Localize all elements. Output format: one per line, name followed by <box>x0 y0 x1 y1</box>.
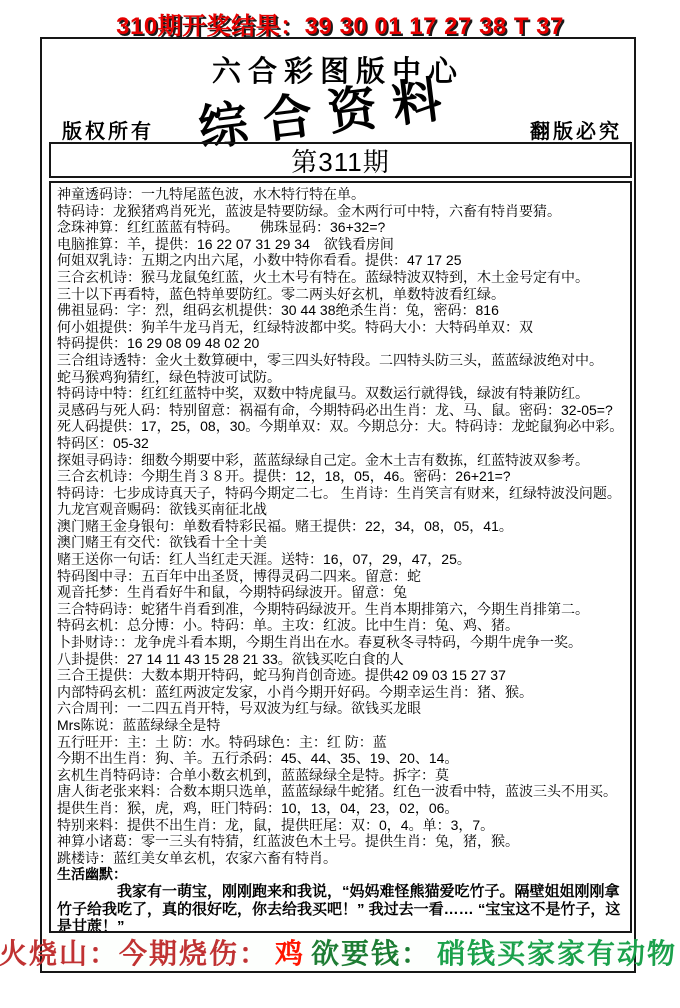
tip-line: 三十以下再看特，蓝色特单要防红。零二两头好玄机，单数特波看红绿。 <box>57 286 624 303</box>
tip-line: 澳门赌王有交代：欲钱看十全十美 <box>57 534 624 551</box>
tip-line: 今期不出生肖：狗、羊。五行杀码：45、44、35、19、20、14。 <box>57 750 624 767</box>
tip-line: 唐人街老张来料：合数本期只选单，蓝蓝绿绿牛蛇猪。红色一波看中特，蓝波三头不用买。 <box>57 783 624 800</box>
tip-line: 跳楼诗：蓝红美女单玄机，农家六畜有特肖。 <box>57 850 624 867</box>
humor-text: 我家有一萌宝，刚刚跑来和我说，“妈妈难怪熊猫爱吃竹子。隔壁姐姐刚刚拿竹子给我吃了… <box>57 883 624 933</box>
tip-line: 特码诗中特：红红红蓝特中奖，双数中特虎鼠马。双数运行就得钱，绿波有特兼防红。 <box>57 385 624 402</box>
tip-line: 特码诗：龙猴猪鸡肖死光，蓝波是特要防绿。金木两行可中特，六畜有特肖要猜。 <box>57 203 624 220</box>
tip-line: 念珠神算：红红蓝蓝有特码。 佛珠显码：36+32=? <box>57 219 624 236</box>
tip-line: 三合组诗透特：金火土数算硬中，零三四头好特段。二四特头防三头，蓝蓝绿波绝对中。 <box>57 352 624 369</box>
tip-line: 何小姐提供：狗羊牛龙马肖无，红绿特波都中奖。特码大小：大特码单双：双 <box>57 319 624 336</box>
tip-line: 特码图中寻：五百年中出圣贤，博得灵码二四来。留意：蛇 <box>57 568 624 585</box>
tips-list: 神童透码诗：一九特尾蓝色波，水木特行特在单。特码诗：龙猴猪鸡肖死光，蓝波是特要防… <box>57 186 624 866</box>
tip-line: 三合特码诗：蛇猪牛肖看到准，今期特码绿波开。生肖本期排第六，今期生肖排第二。 <box>57 601 624 618</box>
tip-line: 六合周刊：一二四五肖开特，号双波为红与绿。欲钱买龙眼 <box>57 700 624 717</box>
tip-line: 五行旺开：主：土 防：水。特码球色：主：红 防：蓝 <box>57 734 624 751</box>
sheet-frame: 六合彩图版中心 综合资料 版权所有 翻版必究 第311期 神童透码诗：一九特尾蓝… <box>40 37 636 973</box>
issue-title: 第311期 <box>291 142 389 179</box>
tip-line: 提供生肖：猴，虎，鸡，旺门特码：10，13，04，23，02，06。 <box>57 800 624 817</box>
tip-line: 蛇马猴鸡狗猜红，绿色特波可试防。 <box>57 369 624 386</box>
tip-line: 玄机生肖特码诗：合单小数玄机到，蓝蓝绿绿全是特。拆字：莫 <box>57 767 624 784</box>
tip-line: 死人码提供：17，25，08，30。今期单双：双。今期总分：大。特码诗：龙蛇鼠狗… <box>57 418 624 435</box>
tip-line: 神算小诸葛：零一三头有特猜，红蓝波色木土号。提供生肖：兔，猪，猴。 <box>57 833 624 850</box>
footer-money-label: 欲要钱： <box>311 932 431 972</box>
humor-label: 生活幽默： <box>57 866 624 883</box>
tip-line: 赌王送你一句话：红人当红走天涯。送特：16，07，29，47，25。 <box>57 551 624 568</box>
tip-line: 探姐寻码诗：细数今期要中彩，蓝蓝绿绿自己定。金木土吉有数拣，红蓝特波双参考。 <box>57 452 624 469</box>
tip-line: 何姐双乳诗：五期之内出六尾，小数中特你看看。提供：47 17 25 <box>57 252 624 269</box>
tip-line: 三合玄机诗：猴马龙鼠兔红蓝，火土木号有特在。蓝绿特波双特到，木土金号定有中。 <box>57 269 624 286</box>
issue-title-box: 第311期 <box>49 142 632 178</box>
tip-line: 特别来料：提供不出生肖：龙，鼠，提供旺尾：双：0，4。单：3，7。 <box>57 817 624 834</box>
footer-burn-zodiac: 鸡 <box>275 932 305 972</box>
tip-line: 三合王提供：大数本期开特码，蛇马狗肖创奇迹。提供42 09 03 15 27 3… <box>57 667 624 684</box>
tip-line: 佛祖显码：字：烈，组码玄机提供：30 44 38绝杀生肖：兔，密码：816 <box>57 302 624 319</box>
no-reprint-note: 翻版必究 <box>530 115 622 144</box>
tip-line: 澳门赌王金身银句：单数看特彩民福。赌王提供：22，34，08，05，41。 <box>57 518 624 535</box>
previous-draw-result: 310期开奖结果：39 30 01 17 27 38 T 37 <box>0 6 680 41</box>
tips-content: 神童透码诗：一九特尾蓝色波，水木特行特在单。特码诗：龙猴猪鸡肖死光，蓝波是特要防… <box>49 181 632 933</box>
tip-line: 特码玄机：总分博：小。特码：单。主攻：红波。比中生肖：兔、鸡、猪。 <box>57 617 624 634</box>
tip-line: 卜卦财诗：：龙争虎斗看本期，今期生肖出在水。春夏秋冬寻特码，今期牛虎争一奖。 <box>57 634 624 651</box>
tip-line: 神童透码诗：一九特尾蓝色波，水木特行特在单。 <box>57 186 624 203</box>
tip-line: Mrs陈说：蓝蓝绿绿全是特 <box>57 717 624 734</box>
tip-line: 三合玄机诗：今期生肖３８开。提供：12，18，05，46。密码：26+21=? <box>57 468 624 485</box>
header: 六合彩图版中心 综合资料 版权所有 翻版必究 <box>42 39 634 142</box>
tip-line: 九龙宫观音赐码：欲钱买南征北战 <box>57 501 624 518</box>
tip-line: 灵感码与死人码：特别留意：祸福有命，今期特码必出生肖：龙、马、鼠。密码：32-0… <box>57 402 624 419</box>
copyright-note: 版权所有 <box>62 115 154 144</box>
tip-line: 电脑推算：羊，提供：16 22 07 31 29 34 欲钱看房间 <box>57 236 624 253</box>
footer-burn-label: 火烧山：今期烧伤： <box>0 932 269 972</box>
tip-line: 特码诗：七步成诗真天子，特码今期定二七。 生肖诗：生肖笑言有财来，红绿特波没问题… <box>57 485 624 502</box>
tip-line: 内部特码玄机：蓝红两波定发家，小肖今期开好码。今期幸运生肖：猪、猴。 <box>57 684 624 701</box>
tip-line: 特码提供：16 29 08 09 48 02 20 <box>57 335 624 352</box>
tip-line: 八卦提供：27 14 11 43 15 28 21 33。欲钱买吃白食的人 <box>57 651 624 668</box>
footer-banner: 火烧山：今期烧伤： 鸡 欲要钱： 硝钱买家家有动物 <box>42 933 634 971</box>
tip-line: 观音托梦：生肖看好牛和鼠，今期特码绿波开。留意：兔 <box>57 584 624 601</box>
footer-money-phrase: 硝钱买家家有动物 <box>437 932 677 972</box>
tip-line: 特码区：05-32 <box>57 435 624 452</box>
